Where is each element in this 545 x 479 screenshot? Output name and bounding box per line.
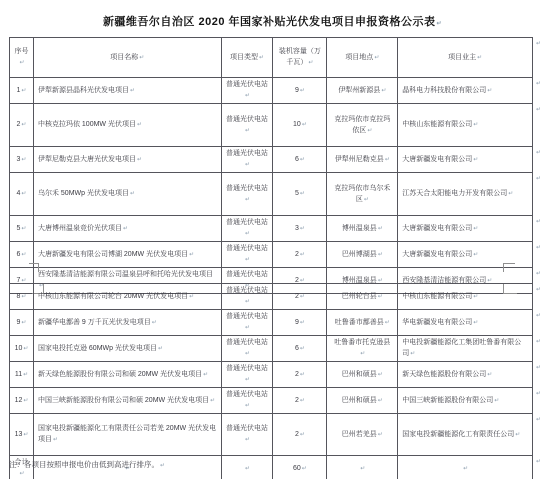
table-cell-location: 巴州轮台县↵ [327, 284, 398, 310]
pilcrow-icon: ↵ [535, 391, 541, 397]
cell-end-mark: ↵ [299, 88, 305, 94]
pilcrow-icon: ↵ [535, 219, 541, 225]
table-cell-type: 普通光伏电站↵ [221, 388, 273, 414]
cell-end-mark: ↵ [52, 437, 58, 443]
cell-end-mark: ↵ [244, 197, 250, 203]
cell-end-mark: ↵ [202, 372, 208, 378]
pilcrow-icon: ↵ [535, 339, 541, 345]
table-cell-location: 克拉玛依市克拉玛依区↵ [327, 104, 398, 147]
cell-end-mark: ↵ [129, 191, 135, 197]
table-cell-capacity: 2↵ [273, 414, 327, 456]
row-end-mark: ↵ [532, 284, 544, 310]
row-end-mark: ↵ [532, 362, 544, 388]
row-end-mark: ↵ [532, 310, 544, 336]
pilcrow-icon: ↵ [535, 365, 541, 371]
cell-end-mark: ↵ [20, 88, 26, 94]
cell-end-mark: ↵ [359, 466, 365, 472]
pilcrow-icon: ↵ [535, 176, 541, 182]
cell-end-mark: ↵ [157, 346, 163, 352]
table-cell-name: 新天绿色能源股份有限公司和硕 20MW 光伏发电项目↵ [33, 362, 221, 388]
header-cell-location: 项目地点↵ [327, 38, 398, 78]
table-cell-location: 巴州和硕县↵ [327, 362, 398, 388]
footnote: 注：各项目按照申报电价由低到高进行排序。↵ [9, 459, 165, 470]
cell-end-mark: ↵ [188, 252, 194, 258]
table-cell-capacity: 9↵ [273, 78, 327, 104]
cell-end-mark: ↵ [20, 294, 26, 300]
table-cell-owner: 中国三峡新能源股份有限公司↵ [398, 388, 533, 414]
cell-end-mark: ↵ [493, 398, 499, 404]
cell-end-mark: ↵ [244, 351, 250, 357]
table-cell-owner: 新天绿色能源股份有限公司↵ [398, 362, 533, 388]
header-cell-name: 项目名称↵ [33, 38, 221, 78]
table-cell-location: 克拉玛依市乌尔禾区↵ [327, 173, 398, 216]
paragraph-mark: ↵ [159, 463, 165, 469]
cell-end-mark: ↵ [138, 55, 144, 61]
table-cell-type: 普通光伏电站↵ [221, 216, 273, 242]
cell-end-mark: ↵ [299, 320, 305, 326]
table-row: 3↵伊犁尼勒克县大唐光伏发电项目↵普通光伏电站↵6↵伊犁州尼勒克县↵大唐新疆发电… [10, 147, 545, 173]
table-cell-owner: 大唐新疆发电有限公司↵ [398, 216, 533, 242]
table-cell-owner: 晶科电力科技股份有限公司↵ [398, 78, 533, 104]
footnote-text: 注：各项目按照申报电价由低到高进行排序。 [9, 460, 159, 469]
paragraph-mark: ↵ [436, 21, 443, 27]
cell-end-mark: ↵ [20, 122, 26, 128]
row-end-mark: ↵ [532, 388, 544, 414]
table-cell-owner: 中电投新疆能源化工集团吐鲁番有限公司↵ [398, 336, 533, 362]
table-cell-name: 大唐新疆发电有限公司博湖 20MW 光伏发电项目↵ [33, 242, 221, 268]
cell-end-mark: ↵ [384, 157, 390, 163]
cell-end-mark: ↵ [244, 299, 250, 305]
table-cell-type: 普通光伏电站↵ [221, 336, 273, 362]
page-title-text: 新疆维吾尔自治区 2020 年国家补贴光伏发电项目申报资格公示表 [103, 16, 436, 28]
cell-end-mark: ↵ [136, 157, 142, 163]
cell-end-mark: ↵ [258, 55, 264, 61]
cell-end-mark: ↵ [299, 294, 305, 300]
cell-end-mark: ↵ [359, 351, 365, 357]
cell-end-mark: ↵ [244, 325, 250, 331]
table-cell-location: 吐鲁番市鄯善县↵ [327, 310, 398, 336]
table-cell-type: 普通光伏电站↵ [221, 310, 273, 336]
table-cell-type: 普通光伏电站↵ [221, 242, 273, 268]
row-end-mark: ↵ [532, 336, 544, 362]
cell-end-mark: ↵ [472, 157, 478, 163]
text-boundary-corner-mark [503, 263, 515, 272]
cell-end-mark: ↵ [244, 128, 250, 134]
cell-end-mark: ↵ [122, 226, 128, 232]
cell-end-mark: ↵ [22, 372, 28, 378]
table-cell-location: 伊犁州尼勒克县↵ [327, 147, 398, 173]
cell-end-mark: ↵ [299, 432, 305, 438]
table-row: 2↵中核克拉玛依 100MW 光伏项目↵普通光伏电站↵10↵克拉玛依市克拉玛依区… [10, 104, 545, 147]
cell-end-mark: ↵ [188, 294, 194, 300]
table-cell-capacity: 5↵ [273, 173, 327, 216]
cell-end-mark: ↵ [244, 162, 250, 168]
table-cell-capacity: 60↵ [273, 456, 327, 479]
table-row: 9↵新疆华电鄯善 9 万千瓦光伏发电项目↵普通光伏电站↵9↵吐鲁番市鄯善县↵华电… [10, 310, 545, 336]
text-boundary-corner-mark [29, 263, 39, 272]
cell-end-mark: ↵ [209, 398, 215, 404]
row-end-mark: ↵ [532, 78, 544, 104]
table-cell-location: 博州温泉县↵ [327, 216, 398, 242]
cell-end-mark: ↵ [18, 60, 24, 66]
table-cell-name: 新疆华电鄯善 9 万千瓦光伏发电项目↵ [33, 310, 221, 336]
table-cell-name: 乌尔禾 50MWp 光伏发电项目↵ [33, 173, 221, 216]
pilcrow-icon: ↵ [535, 287, 541, 293]
table-cell-location: ↵ [327, 456, 398, 479]
table-cell-name: 中核山东能源有限公司轮台 20MW 光伏发电项目↵ [33, 284, 221, 310]
table-header-row: 序号↵项目名称↵项目类型↵装机容量（万千瓦）↵项目地点↵项目业主↵↵ [10, 38, 545, 78]
table-cell-name: 伊犁新源县晶科光伏发电项目↵ [33, 78, 221, 104]
pilcrow-icon: ↵ [535, 150, 541, 156]
header-cell-no: 序号↵ [10, 38, 34, 78]
cell-end-mark: ↵ [301, 122, 307, 128]
cell-end-mark: ↵ [136, 122, 142, 128]
cell-end-mark: ↵ [377, 372, 383, 378]
cell-end-mark: ↵ [377, 252, 383, 258]
cell-end-mark: ↵ [514, 432, 520, 438]
pilcrow-icon: ↵ [535, 245, 541, 251]
table-cell-capacity: 2↵ [273, 284, 327, 310]
row-end-mark: ↵ [532, 242, 544, 268]
table-row: 11↵新天绿色能源股份有限公司和硕 20MW 光伏发电项目↵普通光伏电站↵2↵巴… [10, 362, 545, 388]
table-cell-location: 巴州若羌县↵ [327, 414, 398, 456]
table-cell-type: 普通光伏电站↵ [221, 414, 273, 456]
table-cell-no: 8↵ [10, 284, 34, 310]
table-cell-no: 9↵ [10, 310, 34, 336]
table-cell-location: 吐鲁番市托克逊县↵ [327, 336, 398, 362]
table-cell-location: 巴州和硕县↵ [327, 388, 398, 414]
table-cell-capacity: 2↵ [273, 388, 327, 414]
cell-end-mark: ↵ [299, 346, 305, 352]
table-body-page2: 8↵中核山东能源有限公司轮台 20MW 光伏发电项目↵普通光伏电站↵2↵巴州轮台… [10, 284, 545, 479]
table-cell-owner: 江苏天合太阳能电力开发有限公司↵ [398, 173, 533, 216]
table-cell-name: 国家电投新疆能源化工有限责任公司若羌 20MW 光伏发电项目↵ [33, 414, 221, 456]
cell-end-mark: ↵ [244, 231, 250, 237]
cell-end-mark: ↵ [22, 398, 28, 404]
cell-end-mark: ↵ [244, 437, 250, 443]
table-cell-capacity: 10↵ [273, 104, 327, 147]
table-row: 13↵国家电投新疆能源化工有限责任公司若羌 20MW 光伏发电项目↵普通光伏电站… [10, 414, 545, 456]
page-title: 新疆维吾尔自治区 2020 年国家补贴光伏发电项目申报资格公示表↵ [0, 13, 545, 29]
table-body-page1: 序号↵项目名称↵项目类型↵装机容量（万千瓦）↵项目地点↵项目业主↵↵1↵伊犁新源… [10, 38, 545, 294]
table-cell-no: 3↵ [10, 147, 34, 173]
table-cell-name: 中核克拉玛依 100MW 光伏项目↵ [33, 104, 221, 147]
table-row: 1↵伊犁新源县晶科光伏发电项目↵普通光伏电站↵9↵伊犁州新源县↵晶科电力科技股份… [10, 78, 545, 104]
table-cell-name: 国家电投托克逊 60MWp 光伏发电项目↵ [33, 336, 221, 362]
cell-end-mark: ↵ [377, 432, 383, 438]
cell-end-mark: ↵ [299, 398, 305, 404]
table-cell-capacity: 2↵ [273, 362, 327, 388]
cell-end-mark: ↵ [409, 351, 415, 357]
table-cell-no: 1↵ [10, 78, 34, 104]
table-cell-type: 普通光伏电站↵ [221, 78, 273, 104]
table-cell-owner: 大唐新疆发电有限公司↵ [398, 147, 533, 173]
cell-end-mark: ↵ [22, 432, 28, 438]
table-cell-capacity: 3↵ [273, 216, 327, 242]
row-end-mark: ↵ [532, 38, 544, 78]
cell-end-mark: ↵ [507, 191, 513, 197]
cell-end-mark: ↵ [476, 55, 482, 61]
cell-end-mark: ↵ [244, 403, 250, 409]
table-row: 10↵国家电投托克逊 60MWp 光伏发电项目↵普通光伏电站↵6↵吐鲁番市托克逊… [10, 336, 545, 362]
table-cell-no: 5↵ [10, 216, 34, 242]
table-cell-capacity: 6↵ [273, 336, 327, 362]
cell-end-mark: ↵ [151, 320, 157, 326]
table-cell-no: 12↵ [10, 388, 34, 414]
table-cell-name: 中国三峡新能源股份有限公司和硕 20MW 光伏发电项目↵ [33, 388, 221, 414]
pilcrow-icon: ↵ [535, 459, 541, 465]
cell-end-mark: ↵ [380, 88, 386, 94]
cell-end-mark: ↵ [307, 60, 313, 66]
cell-end-mark: ↵ [20, 191, 26, 197]
table-cell-type: ↵ [221, 456, 273, 479]
cell-end-mark: ↵ [472, 226, 478, 232]
table-cell-capacity: 2↵ [273, 242, 327, 268]
table-row: 12↵中国三峡新能源股份有限公司和硕 20MW 光伏发电项目↵普通光伏电站↵2↵… [10, 388, 545, 414]
cell-end-mark: ↵ [129, 88, 135, 94]
cell-end-mark: ↵ [377, 294, 383, 300]
cell-end-mark: ↵ [299, 191, 305, 197]
table-cell-capacity: 9↵ [273, 310, 327, 336]
row-end-mark: ↵ [532, 414, 544, 456]
cell-end-mark: ↵ [244, 377, 250, 383]
table-row: 4↵乌尔禾 50MWp 光伏发电项目↵普通光伏电站↵5↵克拉玛依市乌尔禾区↵江苏… [10, 173, 545, 216]
cell-end-mark: ↵ [20, 157, 26, 163]
cell-end-mark: ↵ [299, 372, 305, 378]
cell-end-mark: ↵ [299, 157, 305, 163]
cell-end-mark: ↵ [20, 226, 26, 232]
pilcrow-icon: ↵ [535, 417, 541, 423]
cell-end-mark: ↵ [462, 466, 468, 472]
cell-end-mark: ↵ [384, 320, 390, 326]
pilcrow-icon: ↵ [535, 41, 541, 47]
table-cell-location: 巴州博湖县↵ [327, 242, 398, 268]
cell-end-mark: ↵ [472, 294, 478, 300]
table-cell-name: 大唐博州温泉竞价光伏项目↵ [33, 216, 221, 242]
cell-end-mark: ↵ [486, 88, 492, 94]
table-cell-type: 普通光伏电站↵ [221, 173, 273, 216]
table-cell-capacity: 6↵ [273, 147, 327, 173]
projects-table-page2: 8↵中核山东能源有限公司轮台 20MW 光伏发电项目↵普通光伏电站↵2↵巴州轮台… [9, 283, 545, 479]
pilcrow-icon: ↵ [535, 107, 541, 113]
table-cell-no: 11↵ [10, 362, 34, 388]
table-cell-no: 13↵ [10, 414, 34, 456]
cell-end-mark: ↵ [22, 346, 28, 352]
cell-end-mark: ↵ [299, 226, 305, 232]
cell-end-mark: ↵ [472, 320, 478, 326]
cell-end-mark: ↵ [377, 398, 383, 404]
header-cell-owner: 项目业主↵ [398, 38, 533, 78]
table-row: 8↵中核山东能源有限公司轮台 20MW 光伏发电项目↵普通光伏电站↵2↵巴州轮台… [10, 284, 545, 310]
cell-end-mark: ↵ [301, 466, 307, 472]
table-cell-owner: 中核山东能源有限公司↵ [398, 104, 533, 147]
pilcrow-icon: ↵ [535, 313, 541, 319]
cell-end-mark: ↵ [18, 471, 24, 477]
row-end-mark: ↵ [532, 104, 544, 147]
table-cell-owner: 华电新疆发电有限公司↵ [398, 310, 533, 336]
table-cell-no: 2↵ [10, 104, 34, 147]
pilcrow-icon: ↵ [535, 271, 541, 277]
table-cell-type: 普通光伏电站↵ [221, 284, 273, 310]
table-cell-owner: 国家电投新疆能源化工有限责任公司↵ [398, 414, 533, 456]
header-cell-capacity: 装机容量（万千瓦）↵ [273, 38, 327, 78]
cell-end-mark: ↵ [244, 257, 250, 263]
cell-end-mark: ↵ [20, 252, 26, 258]
table-row: 6↵大唐新疆发电有限公司博湖 20MW 光伏发电项目↵普通光伏电站↵2↵巴州博湖… [10, 242, 545, 268]
table-cell-type: 普通光伏电站↵ [221, 104, 273, 147]
row-end-mark: ↵ [532, 216, 544, 242]
header-cell-type: 项目类型↵ [221, 38, 273, 78]
cell-end-mark: ↵ [486, 372, 492, 378]
cell-end-mark: ↵ [373, 55, 379, 61]
row-end-mark: ↵ [532, 456, 544, 479]
pilcrow-icon: ↵ [535, 81, 541, 87]
table-cell-no: 4↵ [10, 173, 34, 216]
projects-table-page1: 序号↵项目名称↵项目类型↵装机容量（万千瓦）↵项目地点↵项目业主↵↵1↵伊犁新源… [9, 37, 545, 294]
cell-end-mark: ↵ [366, 128, 372, 134]
row-end-mark: ↵ [532, 173, 544, 216]
table-cell-location: 伊犁州新源县↵ [327, 78, 398, 104]
table-cell-type: 普通光伏电站↵ [221, 362, 273, 388]
document-page: 新疆维吾尔自治区 2020 年国家补贴光伏发电项目申报资格公示表↵ 序号↵项目名… [0, 0, 545, 479]
table-cell-name: 伊犁尼勒克县大唐光伏发电项目↵ [33, 147, 221, 173]
table-cell-owner: 中核山东能源有限公司↵ [398, 284, 533, 310]
cell-end-mark: ↵ [244, 93, 250, 99]
table-cell-owner: ↵ [398, 456, 533, 479]
cell-end-mark: ↵ [299, 252, 305, 258]
cell-end-mark: ↵ [244, 466, 250, 472]
cell-end-mark: ↵ [20, 320, 26, 326]
row-end-mark: ↵ [532, 147, 544, 173]
cell-end-mark: ↵ [377, 226, 383, 232]
cell-end-mark: ↵ [472, 122, 478, 128]
cell-end-mark: ↵ [363, 197, 369, 203]
table-row: 5↵大唐博州温泉竞价光伏项目↵普通光伏电站↵3↵博州温泉县↵大唐新疆发电有限公司… [10, 216, 545, 242]
table-cell-type: 普通光伏电站↵ [221, 147, 273, 173]
table-cell-no: 10↵ [10, 336, 34, 362]
cell-end-mark: ↵ [472, 252, 478, 258]
